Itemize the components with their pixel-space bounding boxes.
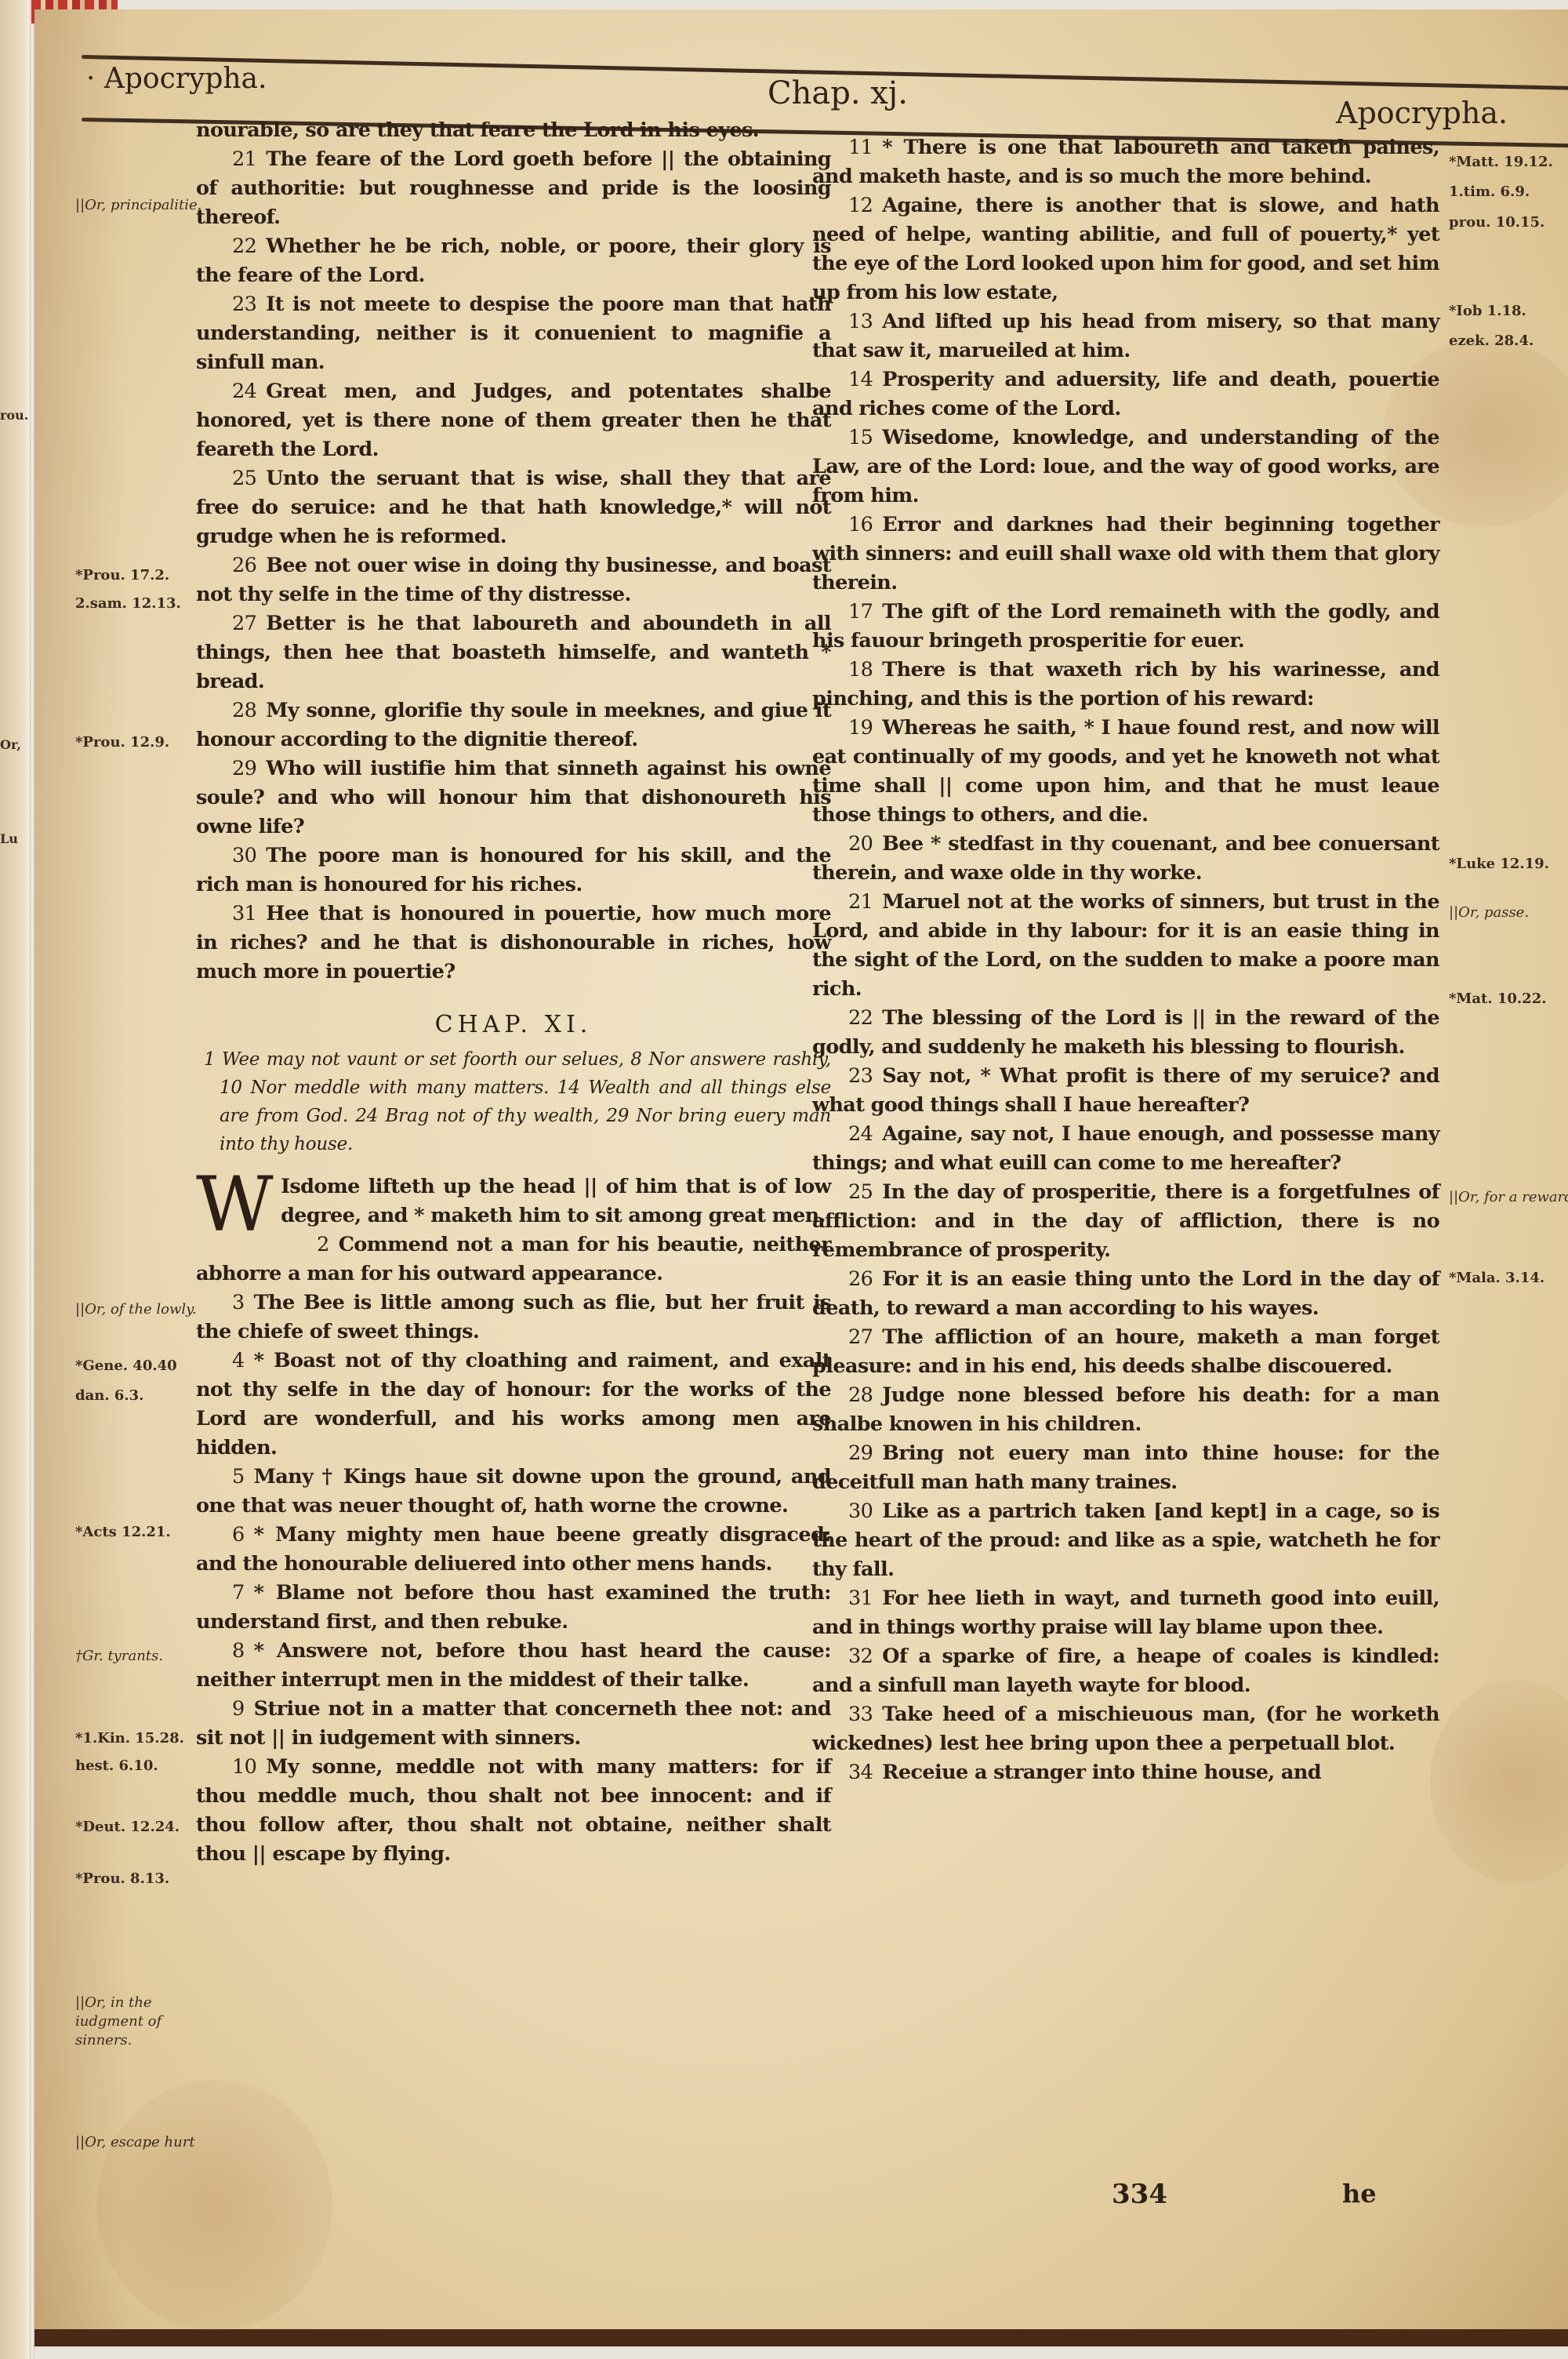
verse-text: * Boast not of thy cloathing and raiment… [196, 1349, 831, 1459]
verse-text: Bee * stedfast in thy couenant, and bee … [812, 832, 1439, 885]
verse: 22Whether he be rich, noble, or poore, t… [196, 232, 831, 290]
running-head-chapter: Chap. xj. [768, 75, 908, 111]
verse-text: For hee lieth in wayt, and turneth good … [812, 1587, 1439, 1639]
verse-number: 34 [848, 1761, 873, 1784]
verse: 9Striue not in a matter that concerneth … [196, 1695, 831, 1753]
verse-number: 19 [848, 716, 873, 740]
verse-number: 9 [232, 1697, 245, 1721]
verse-text: Receiue a stranger into thine house, and [882, 1761, 1321, 1784]
verse: 27Better is he that laboureth and abound… [196, 609, 831, 696]
verse-text: Great men, and Judges, and potentates sh… [196, 380, 831, 461]
previous-page-fragment: rou.1 [0, 408, 28, 423]
margin-note: ||Or, escape hurt [75, 2133, 209, 2152]
verse-text: * Answere not, before thou hast heard th… [196, 1639, 831, 1692]
previous-page-edge: rou.1Or,Lu [0, 0, 30, 2359]
verse: 5Many † Kings haue sit downe upon the gr… [196, 1463, 831, 1521]
verse-number: 24 [232, 380, 256, 403]
verse: 7* Blame not before thou hast examined t… [196, 1579, 831, 1637]
chapter-summary: 1 Wee may not vaunt or set foorth our se… [196, 1045, 831, 1158]
verse: 29Who will iustifie him that sinneth aga… [196, 754, 831, 841]
verse-text: My sonne, glorifie thy soule in meeknes,… [196, 699, 831, 751]
verse-number: 14 [848, 368, 873, 391]
catchword: he [1342, 2179, 1377, 2208]
verse-number: 28 [848, 1383, 873, 1407]
verse: 24Againe, say not, I haue enough, and po… [812, 1120, 1439, 1178]
margin-note: *Acts 12.21. [75, 1523, 209, 1542]
verse: 4* Boast not of thy cloathing and raimen… [196, 1347, 831, 1463]
verse-text: Prosperity and aduersity, life and death… [812, 368, 1439, 420]
verse: 33Take heed of a mischieuous man, (for h… [812, 1700, 1439, 1758]
verse: 21The feare of the Lord goeth before || … [196, 145, 831, 232]
verse-text: Who will iustifie him that sinneth again… [196, 757, 831, 838]
verse-number: 18 [848, 658, 873, 682]
margin-note: †Gr. tyrants. [75, 1647, 209, 1666]
margin-note: *Matt. 19.12. [1449, 153, 1568, 172]
margin-note: dan. 6.3. [75, 1387, 209, 1405]
verse: 3The Bee is little among such as flie, b… [196, 1289, 831, 1347]
verse: 31For hee lieth in wayt, and turneth goo… [812, 1584, 1439, 1642]
verse-text: Wisedome, knowledge, and understanding o… [812, 426, 1439, 507]
verse: 16Error and darknes had their beginning … [812, 511, 1439, 598]
verse: 34Receiue a stranger into thine house, a… [812, 1758, 1439, 1787]
verse-number: 10 [232, 1755, 256, 1779]
verse-number: 23 [848, 1064, 873, 1088]
previous-page-fragment: Or, [0, 737, 28, 752]
verse-text: The Bee is little among such as flie, bu… [196, 1291, 831, 1343]
verse-text: And lifted up his head from misery, so t… [812, 310, 1439, 362]
verse-text: It is not meete to despise the poore man… [196, 293, 831, 374]
verse: 2Commend not a man for his beautie, neit… [196, 1230, 831, 1289]
verse-number: 3 [232, 1291, 245, 1314]
verse: 24Great men, and Judges, and potentates … [196, 377, 831, 464]
verse-text: There is that waxeth rich by his warines… [812, 658, 1439, 711]
verse: 20Bee * stedfast in thy couenant, and be… [812, 830, 1439, 888]
verse-text: Of a sparke of fire, a heape of coales i… [812, 1645, 1439, 1697]
chapter-10-verses: nourable, so are they that feare the Lor… [196, 116, 831, 987]
verse-number: 28 [232, 699, 256, 722]
margin-note: prou. 10.15. [1449, 213, 1568, 232]
verse: 26Bee not ouer wise in doing thy busines… [196, 551, 831, 609]
verse-number: 25 [232, 467, 256, 490]
verse-text: The gift of the Lord remaineth with the … [812, 600, 1439, 652]
verse-number: 27 [848, 1325, 873, 1349]
verse-number: 5 [232, 1465, 245, 1488]
chapter-11-opening: W Isdome lifteth up the head || of him t… [196, 1172, 831, 1230]
verse-number: 22 [848, 1006, 873, 1030]
drop-cap-initial: W [196, 1174, 273, 1235]
verse: 25In the day of prosperitie, there is a … [812, 1178, 1439, 1265]
running-head-left: · Apocrypha. [86, 63, 267, 95]
verse: 12Againe, there is another that is slowe… [812, 191, 1439, 307]
verse-text: Commend not a man for his beautie, neith… [196, 1233, 831, 1285]
verse-text: nourable, so are they that feare the Lor… [196, 118, 759, 142]
verse: 14Prosperity and aduersity, life and dea… [812, 365, 1439, 423]
paper-stain [1430, 1680, 1568, 1884]
verse: 8* Answere not, before thou hast heard t… [196, 1637, 831, 1695]
verse-text: The blessing of the Lord is || in the re… [812, 1006, 1439, 1059]
verse: 15Wisedome, knowledge, and understanding… [812, 423, 1439, 511]
opening-verse-text: Isdome lifteth up the head || of him tha… [281, 1175, 831, 1227]
verse: 6* Many mighty men haue beene greatly di… [196, 1521, 831, 1579]
margin-note: *Mat. 10.22. [1449, 990, 1568, 1009]
verse-text: Better is he that laboureth and aboundet… [196, 612, 831, 693]
margin-note: *Luke 12.19. [1449, 855, 1568, 874]
verse-number: 22 [232, 234, 256, 258]
verse-text: Whether he be rich, noble, or poore, the… [196, 234, 831, 287]
verse-text: Say not, * What profit is there of my se… [812, 1064, 1439, 1117]
verse-number: 27 [232, 612, 256, 635]
verse-number: 4 [232, 1349, 245, 1372]
verse: 25Unto the seruant that is wise, shall t… [196, 464, 831, 551]
verse-number: 26 [232, 554, 256, 577]
verse-number: 17 [848, 600, 873, 623]
verse: 28My sonne, glorifie thy soule in meekne… [196, 696, 831, 754]
verse-number: 26 [848, 1267, 873, 1291]
margin-note: *1.Kin. 15.28. [75, 1729, 209, 1748]
verse-text: Againe, there is another that is slowe, … [812, 194, 1439, 304]
margin-note: *Prou. 12.9. [75, 733, 209, 752]
verse-text: Unto the seruant that is wise, shall the… [196, 467, 831, 548]
margin-note: ezek. 28.4. [1449, 332, 1568, 351]
verse-text: For it is an easie thing unto the Lord i… [812, 1267, 1439, 1320]
verse-text: * Blame not before thou hast examined th… [196, 1581, 831, 1634]
margin-note: ||Or, for a reward. [1449, 1188, 1568, 1207]
verse-number: 25 [848, 1180, 873, 1204]
verse-number: 13 [848, 310, 873, 333]
verse: 23It is not meete to despise the poore m… [196, 290, 831, 377]
margin-note: ||Or, of the lowly. [75, 1300, 209, 1319]
chapter-11-verses-continued: 11* There is one that laboureth and take… [812, 133, 1439, 1787]
running-head-right: Apocrypha. [1336, 96, 1508, 130]
verse-text: Bring not euery man into thine house: fo… [812, 1441, 1439, 1494]
margin-note: 2.sam. 12.13. [75, 594, 209, 613]
margin-note: *Gene. 40.40 [75, 1357, 209, 1376]
verse: 28Judge none blessed before his death: f… [812, 1381, 1439, 1439]
chapter-11-verses: 2Commend not a man for his beautie, neit… [196, 1230, 831, 1869]
verse-number: 29 [232, 757, 256, 780]
margin-note: *Iob 1.18. [1449, 302, 1568, 321]
verse: 17The gift of the Lord remaineth with th… [812, 598, 1439, 656]
margin-note: *Prou. 8.13. [75, 1870, 209, 1888]
margin-note: *Mala. 3.14. [1449, 1269, 1568, 1288]
verse: 26For it is an easie thing unto the Lord… [812, 1265, 1439, 1323]
verse-text: Hee that is honoured in pouertie, how mu… [196, 902, 831, 983]
verse-text: Judge none blessed before his death: for… [812, 1383, 1439, 1436]
verse-text: * Many mighty men haue beene greatly dis… [196, 1523, 831, 1576]
verse-number: 15 [848, 426, 873, 449]
verse-number: 29 [848, 1441, 873, 1465]
verse-text: Error and darknes had their beginning to… [812, 513, 1439, 594]
verse-number: 8 [232, 1639, 245, 1663]
verse-text: Many † Kings haue sit downe upon the gro… [196, 1465, 831, 1518]
verse-text: The poore man is honoured for his skill,… [196, 844, 831, 896]
verse: nourable, so are they that feare the Lor… [196, 116, 831, 145]
verse: 21Maruel not at the works of sinners, bu… [812, 888, 1439, 1004]
verse: 13And lifted up his head from misery, so… [812, 307, 1439, 365]
margin-note: ||Or, in the iudgment of sinners. [75, 1994, 209, 2050]
verse-text: Againe, say not, I haue enough, and poss… [812, 1122, 1439, 1175]
margin-note: hest. 6.10. [75, 1757, 209, 1776]
verse: 32Of a sparke of fire, a heape of coales… [812, 1642, 1439, 1700]
verse: 22The blessing of the Lord is || in the … [812, 1004, 1439, 1062]
left-column: nourable, so are they that feare the Lor… [196, 116, 831, 1869]
verse-text: Take heed of a mischieuous man, (for he … [812, 1703, 1439, 1755]
verse-number: 21 [232, 147, 256, 171]
verse-number: 11 [848, 136, 873, 159]
paper-stain [97, 2080, 332, 2331]
verse-text: Maruel not at the works of sinners, but … [812, 890, 1439, 1001]
verse-number: 12 [848, 194, 873, 217]
verse-text: Like as a partrich taken [and kept] in a… [812, 1499, 1439, 1581]
verse: 27The affliction of an houre, maketh a m… [812, 1323, 1439, 1381]
verse: 18There is that waxeth rich by his warin… [812, 656, 1439, 714]
verse-text: My sonne, meddle not with many matters: … [196, 1755, 831, 1866]
verse-text: Striue not in a matter that concerneth t… [196, 1697, 831, 1750]
verse: 23Say not, * What profit is there of my … [812, 1062, 1439, 1120]
verse-number: 6 [232, 1523, 245, 1547]
verse-number: 20 [848, 832, 873, 856]
verse: 31Hee that is honoured in pouertie, how … [196, 900, 831, 987]
verse-number: 21 [848, 890, 873, 914]
verse-number: 30 [848, 1499, 873, 1523]
verse-text: The affliction of an houre, maketh a man… [812, 1325, 1439, 1378]
verse: 30The poore man is honoured for his skil… [196, 841, 831, 900]
verse-number: 31 [848, 1587, 873, 1610]
verse: 30Like as a partrich taken [and kept] in… [812, 1497, 1439, 1584]
verse: 19Whereas he saith, * I haue found rest,… [812, 714, 1439, 830]
verse-number: 24 [848, 1122, 873, 1146]
verse-number: 16 [848, 513, 873, 536]
verse: 11* There is one that laboureth and take… [812, 133, 1439, 191]
verse-text: Whereas he saith, * I haue found rest, a… [812, 716, 1439, 827]
verse-number: 30 [232, 844, 256, 867]
right-column: 11* There is one that laboureth and take… [812, 133, 1439, 1787]
chapter-heading: CHAP. XI. [196, 1010, 831, 1039]
verse-text: * There is one that laboureth and taketh… [812, 136, 1439, 188]
verse-number: 2 [317, 1233, 329, 1256]
verse-number: 32 [848, 1645, 873, 1668]
previous-page-fragment: Lu [0, 831, 28, 846]
verse-number: 33 [848, 1703, 873, 1726]
margin-note: 1.tim. 6.9. [1449, 183, 1568, 202]
verse-number: 7 [232, 1581, 245, 1605]
verse-number: 31 [232, 902, 256, 925]
verse-number: 23 [232, 293, 256, 316]
verse-text: The feare of the Lord goeth before || th… [196, 147, 831, 229]
verse: 10My sonne, meddle not with many matters… [196, 1753, 831, 1869]
verse-text: In the day of prosperitie, there is a fo… [812, 1180, 1439, 1262]
verse-text: Bee not ouer wise in doing thy businesse… [196, 554, 831, 606]
margin-note: ||Or, principalitie. [75, 196, 209, 215]
margin-note: ||Or, passe. [1449, 903, 1568, 922]
page-number: 334 [1112, 2179, 1167, 2210]
margin-note: *Prou. 17.2. [75, 566, 209, 585]
verse: 29Bring not euery man into thine house: … [812, 1439, 1439, 1497]
margin-note: *Deut. 12.24. [75, 1818, 209, 1837]
